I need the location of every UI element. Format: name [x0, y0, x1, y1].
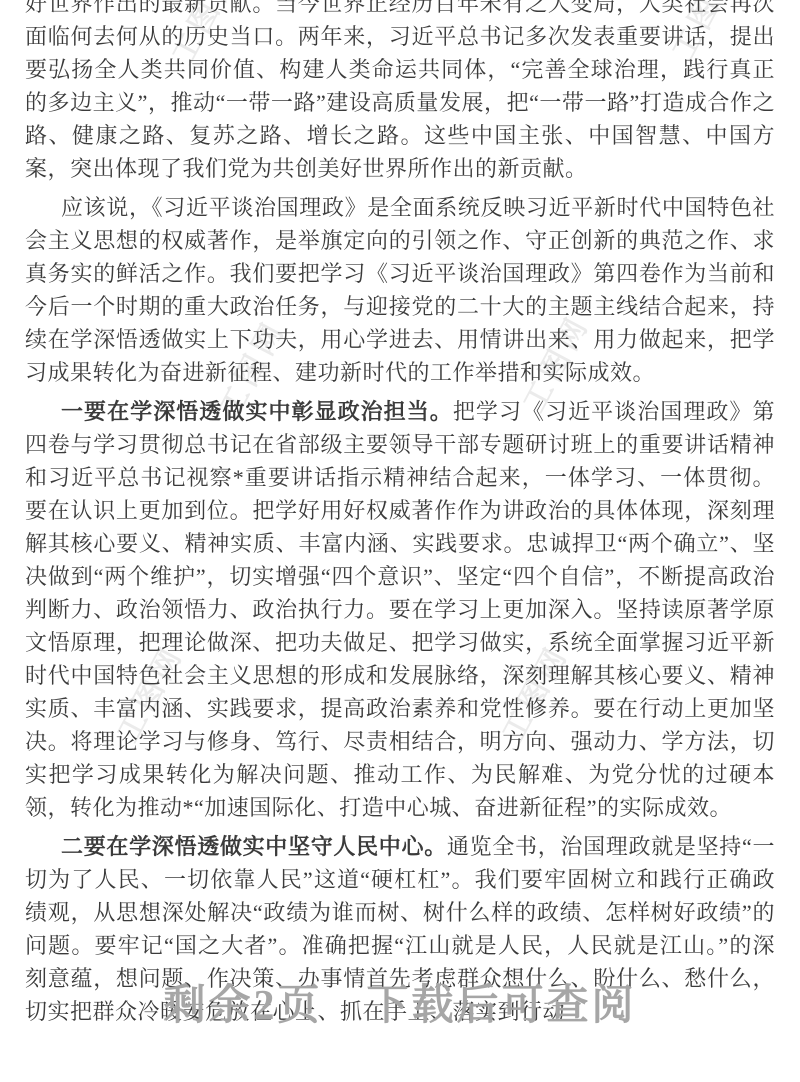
page: 工图网 工图网 工图网 工图网 工图网 工图网 好世界作出的最新贡献。当今世界正…: [0, 0, 800, 1082]
paragraph: 应该说，《习近平谈治国理政》是全面系统反映习近平新时代中国特色社会主义思想的权威…: [25, 191, 775, 389]
paragraph-text: 应该说，《习近平谈治国理政》是全面系统反映习近平新时代中国特色社会主义思想的权威…: [25, 195, 775, 385]
download-hint-text: 下载后可查阅: [367, 972, 637, 1032]
paragraph-text: 把学习《习近平谈治国理政》第四卷与学习贯彻总书记在省部级主要领导干部专题研讨班上…: [25, 399, 775, 820]
document-body: 好世界作出的最新贡献。当今世界正经历百年未有之大变局，人类社会再次面临何去何从的…: [25, 0, 775, 1028]
remaining-pages-text: 剩余2页: [163, 972, 322, 1032]
remaining-pages-banner: 剩余2页下载后可查阅: [0, 972, 800, 1032]
paragraph-continuation: 好世界作出的最新贡献。当今世界正经历百年未有之大变局，人类社会再次面临何去何从的…: [25, 0, 775, 185]
paragraph-lead: 二要在学深悟透做实中坚守人民中心。: [61, 834, 447, 859]
paragraph: 一要在学深悟透做实中彰显政治担当。把学习《习近平谈治国理政》第四卷与学习贯彻总书…: [25, 395, 775, 824]
paragraph-text: 好世界作出的最新贡献。当今世界正经历百年未有之大变局，人类社会再次面临何去何从的…: [25, 0, 775, 181]
paragraph-lead: 一要在学深悟透做实中彰显政治担当。: [61, 399, 453, 424]
document-page: { "doc": { "paragraphs": [ { "lead": "",…: [0, 0, 800, 1082]
